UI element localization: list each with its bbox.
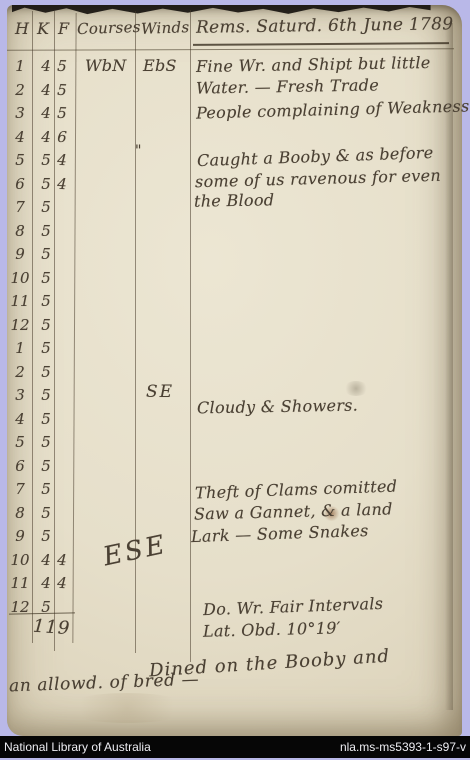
hours-cell: 11 xyxy=(7,290,33,314)
hours-cell: 6 xyxy=(7,173,33,197)
foxing-stain xyxy=(62,693,192,723)
remark-line: Cloudy & Showers. xyxy=(197,396,358,418)
remark-line: Fine Wr. and Shipt but little xyxy=(196,53,431,76)
knots-cell: 5 xyxy=(35,337,57,361)
remark-line: some of us ravenous for even xyxy=(195,166,441,191)
col-header-winds: Winds xyxy=(141,18,190,38)
remark-line: Saw a Gannet, & a land xyxy=(194,499,393,523)
column-rule xyxy=(190,10,191,662)
remark-line: Theft of Clams comitted xyxy=(195,476,398,502)
log-row: 8 5 xyxy=(7,502,107,526)
knots-cell: 5 xyxy=(35,361,57,385)
remark-line: Lark — Some Snakes xyxy=(191,521,369,546)
hours-cell: 5 xyxy=(7,431,33,455)
fathoms-cell: 6 xyxy=(51,125,72,150)
hours-cell: 7 xyxy=(7,196,33,220)
remark-line: Lat. Obd. 10°19′ xyxy=(203,618,341,641)
hours-cell: 11 xyxy=(7,572,33,596)
log-row: 7 5 xyxy=(7,196,107,220)
col-header-hours: H xyxy=(15,19,29,38)
knots-cell: 5 xyxy=(35,196,57,220)
remarks-title: Rems. Saturd. 6th June 1789 xyxy=(196,14,454,38)
knots-cell: 5 xyxy=(35,220,57,244)
knots-cell: 5 xyxy=(35,314,57,338)
col-header-courses: Courses xyxy=(77,18,141,38)
col-header-knots: K xyxy=(37,19,49,38)
hours-cell: 4 xyxy=(7,126,33,150)
hours-cell: 7 xyxy=(7,478,33,502)
log-row: 6 5 xyxy=(7,455,107,479)
log-row: 5 5 xyxy=(7,431,107,455)
hours-cell: 2 xyxy=(7,361,33,385)
hours-cell: 1 xyxy=(7,337,33,361)
log-row: 3 4 5 xyxy=(7,102,107,126)
knots-cell: 5 xyxy=(35,290,57,314)
page-gutter-shadow xyxy=(445,23,453,710)
knots-cell: 5 xyxy=(35,431,57,455)
course-entry: WbN xyxy=(85,56,127,75)
manuscript-scan-view: { "meta": { "institution": "National Lib… xyxy=(0,0,470,760)
title-underline xyxy=(193,42,449,46)
knots-cell: 5 xyxy=(35,525,57,549)
hours-cell: 3 xyxy=(7,384,33,408)
remark-line: the Blood xyxy=(194,190,275,210)
log-row: 7 5 xyxy=(7,478,107,502)
knots-cell: 5 xyxy=(35,243,57,267)
log-row: 6 5 4 xyxy=(7,173,107,197)
remark-line: Do. Wr. Fair Intervals xyxy=(203,594,384,619)
log-row: 9 5 xyxy=(7,243,107,267)
library-name: National Library of Australia xyxy=(4,740,151,754)
hours-cell: 2 xyxy=(7,79,33,103)
fathoms-cell: 5 xyxy=(51,78,72,103)
fathoms-cell: 4 xyxy=(51,571,72,596)
log-row: 5 5 4 xyxy=(7,149,107,173)
knots-cell: 5 xyxy=(35,455,57,479)
footer-bar: National Library of Australia nla.ms-ms5… xyxy=(0,736,470,758)
hours-cell: 12 xyxy=(7,314,33,338)
logbook-page: H K F Courses Winds Rems. Saturd. 6th Ju… xyxy=(7,5,462,736)
hours-cell: 8 xyxy=(7,220,33,244)
log-row: 3 5 xyxy=(7,384,107,408)
total-miles: 119 xyxy=(32,616,71,640)
knots-cell: 5 xyxy=(35,408,57,432)
log-row: 10 5 xyxy=(7,267,107,291)
knots-cell: 5 xyxy=(35,384,57,408)
knots-cell: 5 xyxy=(35,478,57,502)
wind-entry: ESE xyxy=(101,530,171,573)
log-row: 11 5 xyxy=(7,290,107,314)
hours-cell: 10 xyxy=(7,267,33,291)
hours-cell: 1 xyxy=(7,55,33,79)
log-row: 11 4 4 xyxy=(7,572,107,596)
wind-entry: SE xyxy=(146,382,174,402)
col-header-fathoms: F xyxy=(58,19,69,38)
hours-cell: 10 xyxy=(7,549,33,573)
log-row: 9 5 xyxy=(7,525,107,549)
log-row: 2 4 5 xyxy=(7,79,107,103)
knots-cell: 5 xyxy=(35,502,57,526)
catalog-number: nla.ms-ms5393-1-s97-v xyxy=(340,740,466,754)
remark-line: Water. — Fresh Trade xyxy=(196,75,379,97)
hours-cell: 9 xyxy=(7,243,33,267)
remark-line: an allowd. of bred — xyxy=(9,670,200,697)
log-row: 12 5 xyxy=(7,596,107,620)
smudge-stain xyxy=(343,381,369,396)
log-row: 10 4 4 xyxy=(7,549,107,573)
hours-cell: 3 xyxy=(7,102,33,126)
log-row: 2 5 xyxy=(7,361,107,385)
header-rule xyxy=(7,48,454,51)
hours-cell: 4 xyxy=(7,408,33,432)
log-row: 8 5 xyxy=(7,220,107,244)
fathoms-cell: 4 xyxy=(51,148,72,173)
log-row: 4 5 xyxy=(7,408,107,432)
log-row: 4 4 6 xyxy=(7,126,107,150)
hours-cell: 8 xyxy=(7,502,33,526)
wind-entry: EbS xyxy=(143,56,177,75)
hours-cell: 12 xyxy=(7,596,33,620)
fathoms-cell: 4 xyxy=(51,548,72,573)
hours-cell: 5 xyxy=(7,149,33,173)
hours-cell: 6 xyxy=(7,455,33,479)
fathoms-cell: 5 xyxy=(51,101,72,126)
remark-line: People complaining of Weakness xyxy=(196,96,470,122)
fathoms-cell: 4 xyxy=(51,172,72,197)
wind-ditto-mark: " xyxy=(135,143,142,159)
log-row: 12 5 xyxy=(7,314,107,338)
log-row: 1 5 xyxy=(7,337,107,361)
knots-cell: 5 xyxy=(35,267,57,291)
hourly-rows: 1 4 5 2 4 5 3 4 5 4 4 6 5 5 4 6 5 4 7 5 … xyxy=(7,55,107,619)
hours-cell: 9 xyxy=(7,525,33,549)
fathoms-cell: 5 xyxy=(51,54,72,79)
